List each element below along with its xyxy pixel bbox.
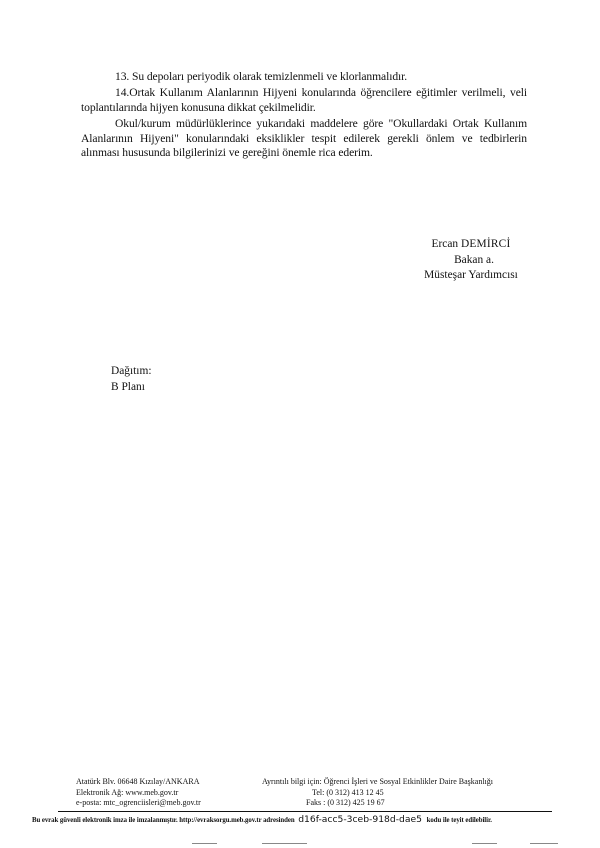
bottom-scan-marks <box>0 843 600 845</box>
paragraph-text: Okul/kurum müdürlüklerince yukarıdaki ma… <box>81 117 527 161</box>
signatory-title-2: Müsteşar Yardımcısı <box>400 268 542 284</box>
body-paragraph-14: 14.Ortak Kullanım Alanlarının Hijyeni ko… <box>81 86 527 115</box>
verification-code: d16f-acc5-3ceb-918d-dae5 <box>298 814 422 825</box>
scan-mark <box>530 843 558 844</box>
distribution-block: Dağıtım: B Planı <box>111 364 152 395</box>
distribution-label: Dağıtım: <box>111 364 152 380</box>
scan-mark <box>472 843 497 844</box>
paragraph-text: 14.Ortak Kullanım Alanlarının Hijyeni ko… <box>81 86 527 115</box>
verification-prefix: Bu evrak güvenli elektronik imza ile imz… <box>32 817 295 824</box>
footer-contact-right: Ayrıntılı bilgi için: Öğrenci İşleri ve … <box>262 777 530 809</box>
signatory-first-name: Ercan <box>432 238 459 250</box>
scan-mark <box>262 843 307 844</box>
signatory-title-1: Bakan a. <box>400 253 542 269</box>
footer-email[interactable]: e-posta: mtc_ogrenciisleri@meb.gov.tr <box>76 798 201 809</box>
verification-line: Bu evrak güvenli elektronik imza ile imz… <box>32 815 572 826</box>
signatory-name: Ercan DEMİRCİ <box>400 237 542 253</box>
signatory-last-name: DEMİRCİ <box>461 238 511 250</box>
footer-website[interactable]: Elektronik Ağ: www.meb.gov.tr <box>76 788 201 799</box>
footer-contact-left: Atatürk Blv. 06648 Kızılay/ANKARA Elektr… <box>76 777 201 809</box>
scan-mark <box>192 843 217 844</box>
distribution-value: B Planı <box>111 380 152 396</box>
footer-separator <box>58 811 552 812</box>
paragraph-text: 13. Su depoları periyodik olarak temizle… <box>81 70 527 85</box>
document-page: 13. Su depoları periyodik olarak temizle… <box>0 0 600 848</box>
body-paragraph-13: 13. Su depoları periyodik olarak temizle… <box>81 70 527 85</box>
signature-block: Ercan DEMİRCİ Bakan a. Müsteşar Yardımcı… <box>400 237 542 284</box>
footer-info: Ayrıntılı bilgi için: Öğrenci İşleri ve … <box>262 777 530 788</box>
verification-suffix: kodu ile teyit edilebilir. <box>427 817 492 824</box>
footer-address: Atatürk Blv. 06648 Kızılay/ANKARA <box>76 777 201 788</box>
footer-phone: Tel: (0 312) 413 12 45 <box>262 788 530 799</box>
footer-fax: Faks : (0 312) 425 19 67 <box>262 798 530 809</box>
body-paragraph-request: Okul/kurum müdürlüklerince yukarıdaki ma… <box>81 117 527 161</box>
